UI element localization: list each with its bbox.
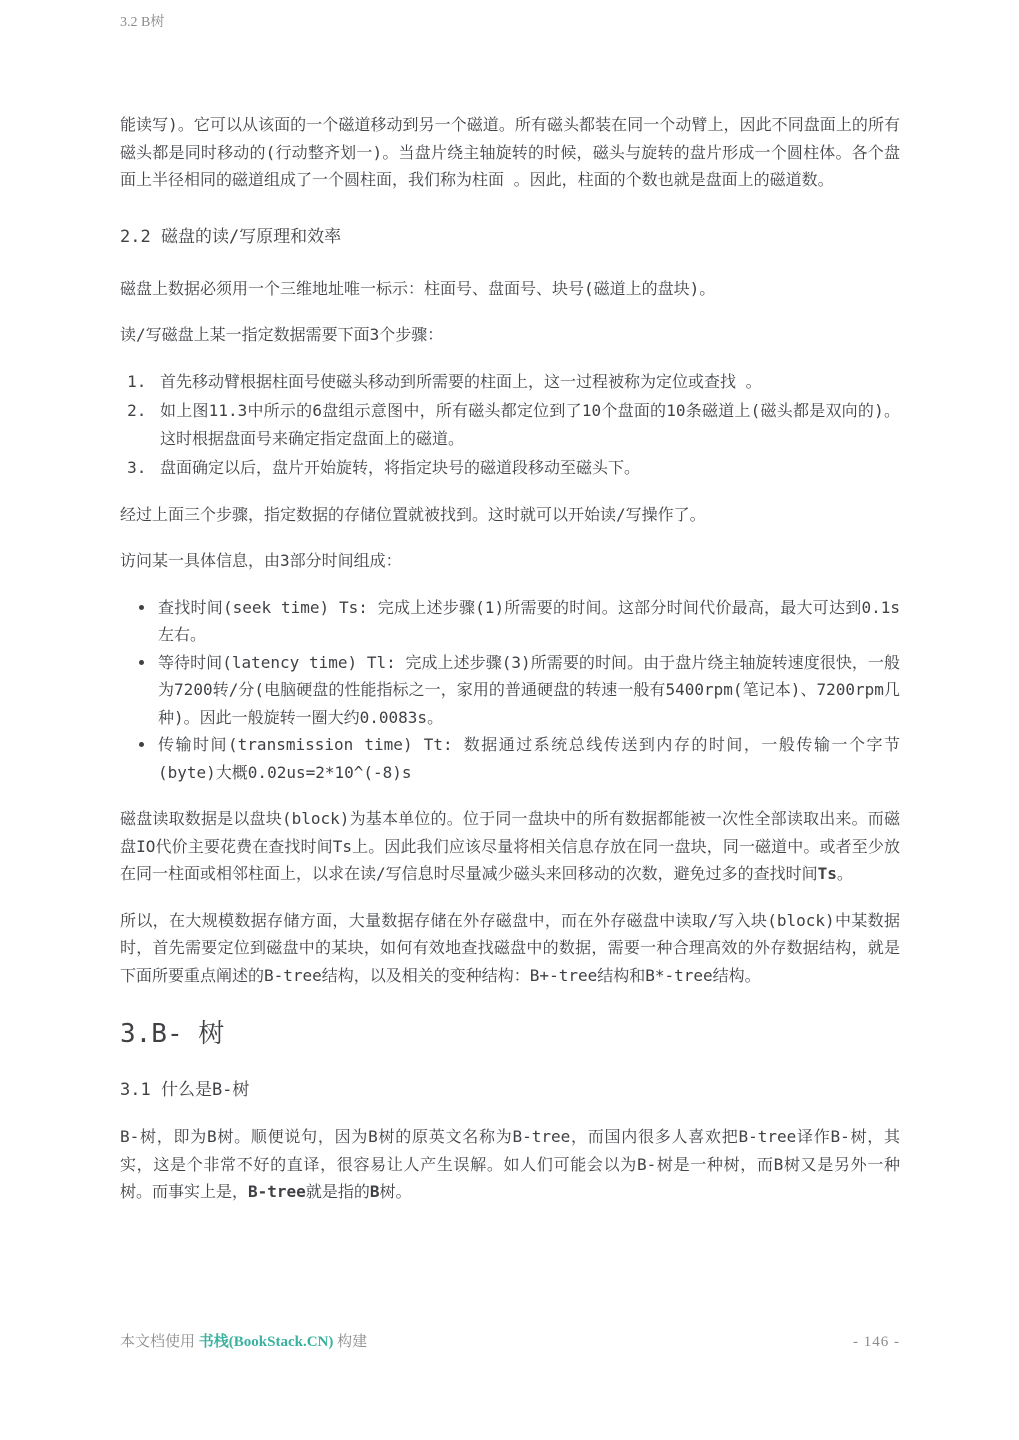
numbered-steps-list: 首先移动臂根据柱面号使磁头移动到所需要的柱面上，这一过程被称为定位或查找 。 如…	[120, 368, 900, 482]
footer-prefix-text: 本文档使用	[120, 1334, 199, 1350]
paragraph-block-unit-end: 。	[837, 864, 853, 883]
paragraph-btree-naming-text: B-树，即为B树。顺便说句，因为B树的原英文名称为B-tree，而国内很多人喜欢…	[120, 1127, 900, 1201]
paragraph-time-intro: 访问某一具体信息，由3部分时间组成：	[120, 547, 900, 575]
paragraph-block-unit-text: 磁盘读取数据是以盘块(block)为基本单位的。位于同一盘块中的所有数据都能被一…	[120, 809, 900, 883]
running-header: 3.2 B树	[120, 0, 900, 33]
footer-suffix-text: 构建	[333, 1334, 367, 1350]
paragraph-steps-intro: 读/写磁盘上某一指定数据需要下面3个步骤：	[120, 321, 900, 349]
step-item-3: 盘面确定以后，盘片开始旋转，将指定块号的磁道段移动至磁头下。	[156, 454, 900, 482]
running-header-title: 3.2 B树	[120, 15, 164, 30]
paragraph-block-unit: 磁盘读取数据是以盘块(block)为基本单位的。位于同一盘块中的所有数据都能被一…	[120, 805, 900, 888]
bold-term-btree: B-tree	[248, 1182, 306, 1201]
step-item-2: 如上图11.3中所示的6盘组示意图中，所有磁头都定位到了10个盘面的10条磁道上…	[156, 397, 900, 452]
footer-build-note: 本文档使用 书栈(BookStack.CN) 构建	[120, 1330, 367, 1351]
paragraph-btree-naming-end: 树。	[379, 1182, 411, 1201]
bullet-seek-time: 查找时间(seek time) Ts: 完成上述步骤(1)所需要的时间。这部分时…	[156, 594, 900, 649]
bullet-latency-time: 等待时间(latency time) Tl: 完成上述步骤(3)所需要的时间。由…	[156, 649, 900, 732]
paragraph-after-steps: 经过上面三个步骤，指定数据的存储位置就被找到。这时就可以开始读/写操作了。	[120, 501, 900, 529]
step-item-1: 首先移动臂根据柱面号使磁头移动到所需要的柱面上，这一过程被称为定位或查找 。	[156, 368, 900, 396]
document-content: 能读写)。它可以从该面的一个磁道移动到另一个磁道。所有磁头都装在同一个动臂上，因…	[120, 111, 900, 1206]
paragraph-btree-motivation: 所以，在大规模数据存储方面，大量数据存储在外存磁盘中，而在外存磁盘中读取/写入块…	[120, 907, 900, 990]
heading-2-2-disk-rw: 2.2 磁盘的读/写原理和效率	[120, 224, 900, 251]
time-components-list: 查找时间(seek time) Ts: 完成上述步骤(1)所需要的时间。这部分时…	[120, 594, 900, 787]
page-footer: 本文档使用 书栈(BookStack.CN) 构建 - 146 -	[120, 1330, 900, 1351]
paragraph-btree-naming-mid: 就是指的	[306, 1182, 370, 1201]
heading-3-btree: 3.B- 树	[120, 1017, 900, 1051]
page-number: - 146 -	[853, 1334, 900, 1351]
paragraph-btree-naming: B-树，即为B树。顺便说句，因为B树的原英文名称为B-tree，而国内很多人喜欢…	[120, 1123, 900, 1206]
bookstack-link[interactable]: 书栈(BookStack.CN)	[199, 1334, 334, 1350]
bullet-transmission-time: 传输时间(transmission time) Tt: 数据通过系统总线传送到内…	[156, 731, 900, 786]
document-page: 3.2 B树 能读写)。它可以从该面的一个磁道移动到另一个磁道。所有磁头都装在同…	[0, 0, 1019, 1206]
paragraph-disk-heads: 能读写)。它可以从该面的一个磁道移动到另一个磁道。所有磁头都装在同一个动臂上，因…	[120, 111, 900, 194]
paragraph-3d-address: 磁盘上数据必须用一个三维地址唯一标示：柱面号、盘面号、块号(磁道上的盘块)。	[120, 275, 900, 303]
bold-term-ts: Ts	[818, 864, 837, 883]
heading-3-1-what-is-btree: 3.1 什么是B-树	[120, 1077, 900, 1104]
